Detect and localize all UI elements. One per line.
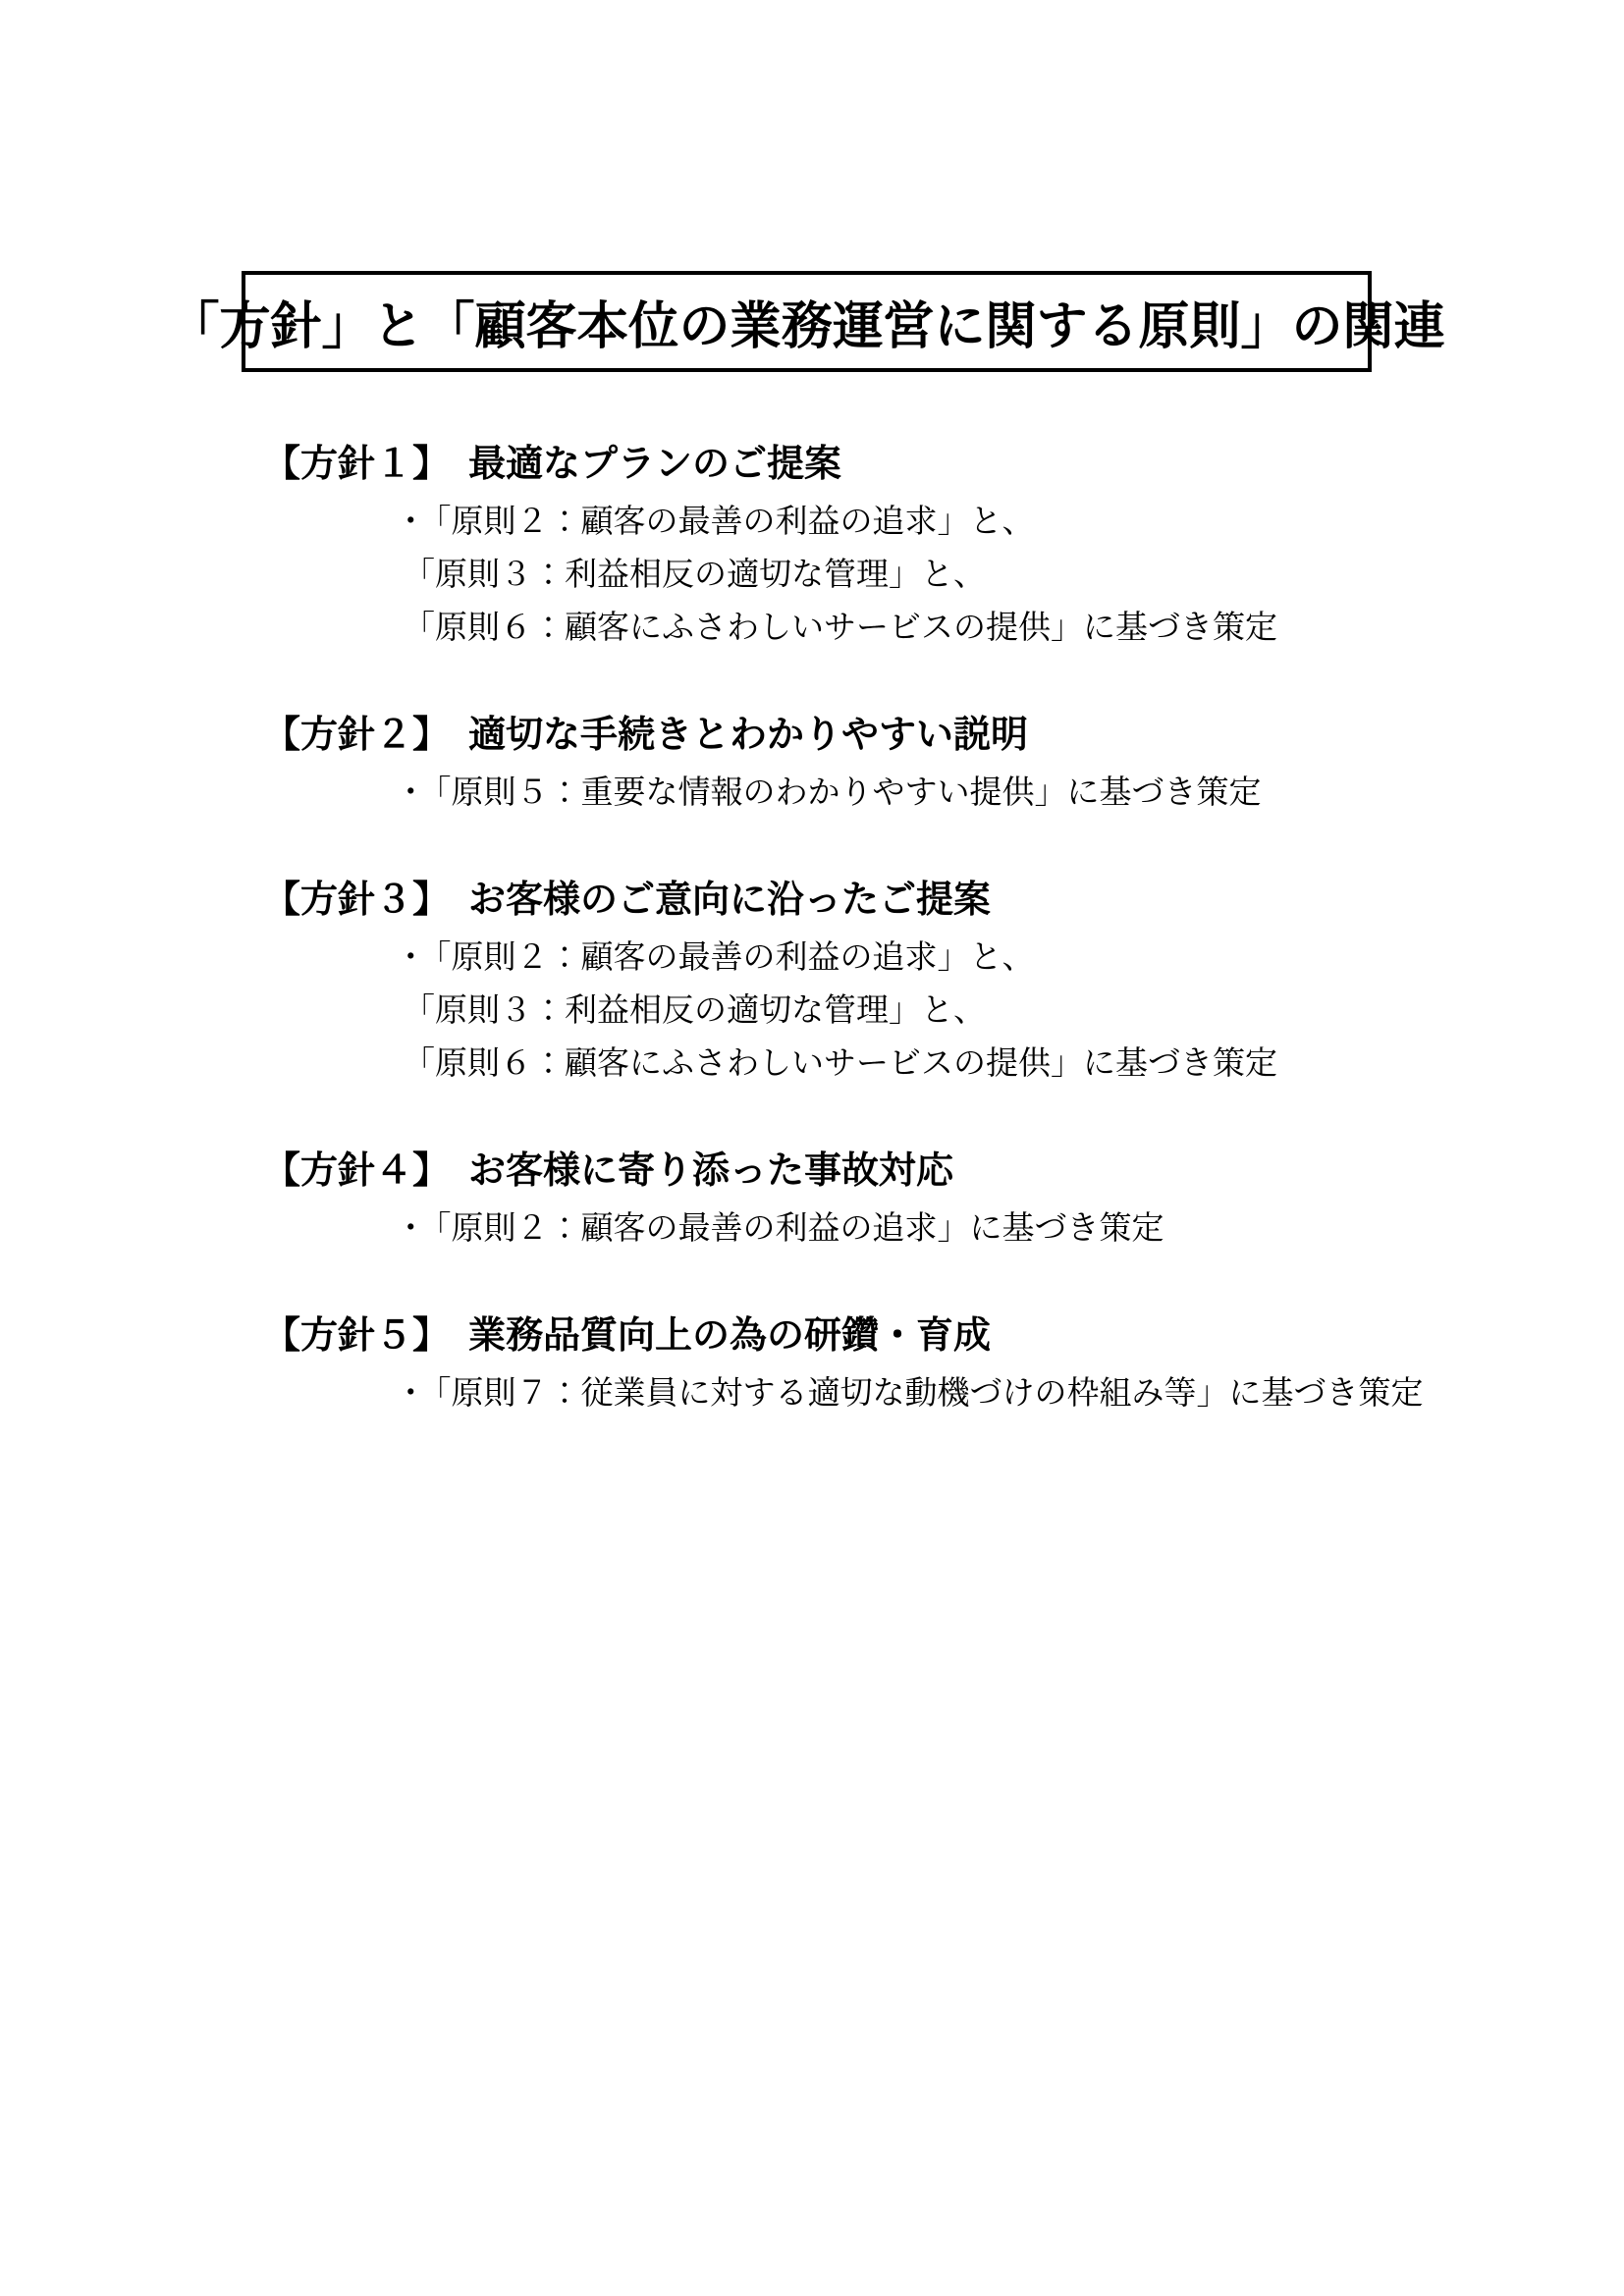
section-heading: 【方針３】 お客様のご意向に沿ったご提案	[263, 880, 1595, 921]
bullet-line: 「原則６：顧客にふさわしいサービスの提供」に基づき策定	[403, 601, 1595, 654]
bullet-list: ･「原則２：顧客の最善の利益の追求」と、 「原則３：利益相反の適切な管理」と、 …	[403, 495, 1595, 654]
section-heading: 【方針４】 お客様に寄り添った事故対応	[263, 1150, 1595, 1192]
bullet-list: ･「原則７：従業員に対する適切な動機づけの枠組み等」に基づき策定	[403, 1366, 1595, 1419]
bullet-line: ･「原則５：重要な情報のわかりやすい提供」に基づき策定	[403, 766, 1595, 819]
policy-section-2: 【方針２】 適切な手続きとわかりやすい説明 ･「原則５：重要な情報のわかりやすい…	[263, 715, 1595, 819]
bullet-list: ･「原則２：顧客の最善の利益の追求」と、 「原則３：利益相反の適切な管理」と、 …	[403, 931, 1595, 1090]
policy-section-4: 【方針４】 お客様に寄り添った事故対応 ･「原則２：顧客の最善の利益の追求」に基…	[263, 1150, 1595, 1255]
bullet-line: ･「原則２：顧客の最善の利益の追求」に基づき策定	[403, 1201, 1595, 1255]
bullet-line: 「原則３：利益相反の適切な管理」と、	[403, 548, 1595, 601]
bullet-line: ･「原則２：顧客の最善の利益の追求」と、	[403, 495, 1595, 548]
bullet-list: ･「原則５：重要な情報のわかりやすい提供」に基づき策定	[403, 766, 1595, 819]
section-heading: 【方針５】 業務品質向上の為の研鑽・育成	[263, 1315, 1595, 1357]
bullet-line: 「原則６：顧客にふさわしいサービスの提供」に基づき策定	[403, 1037, 1595, 1090]
policy-section-3: 【方針３】 お客様のご意向に沿ったご提案 ･「原則２：顧客の最善の利益の追求」と…	[263, 880, 1595, 1090]
bullet-line: 「原則３：利益相反の適切な管理」と、	[403, 984, 1595, 1037]
title-box: 「方針」と「顧客本位の業務運営に関する原則」の関連	[242, 271, 1372, 372]
page-title: 「方針」と「顧客本位の業務運営に関する原則」の関連	[169, 285, 1445, 358]
bullet-line: ･「原則７：従業員に対する適切な動機づけの枠組み等」に基づき策定	[403, 1366, 1595, 1419]
section-heading: 【方針２】 適切な手続きとわかりやすい説明	[263, 715, 1595, 756]
policy-section-1: 【方針１】 最適なプランのご提案 ･「原則２：顧客の最善の利益の追求」と、 「原…	[263, 444, 1595, 654]
section-heading: 【方針１】 最適なプランのご提案	[263, 444, 1595, 485]
bullet-line: ･「原則２：顧客の最善の利益の追求」と、	[403, 931, 1595, 984]
bullet-list: ･「原則２：顧客の最善の利益の追求」に基づき策定	[403, 1201, 1595, 1255]
policy-section-5: 【方針５】 業務品質向上の為の研鑽・育成 ･「原則７：従業員に対する適切な動機づ…	[263, 1315, 1595, 1419]
document-page: { "page": { "title": "「方針」と「顧客本位の業務運営に関す…	[0, 0, 1624, 2296]
policy-sections: 【方針１】 最適なプランのご提案 ･「原則２：顧客の最善の利益の追求」と、 「原…	[263, 444, 1595, 1480]
